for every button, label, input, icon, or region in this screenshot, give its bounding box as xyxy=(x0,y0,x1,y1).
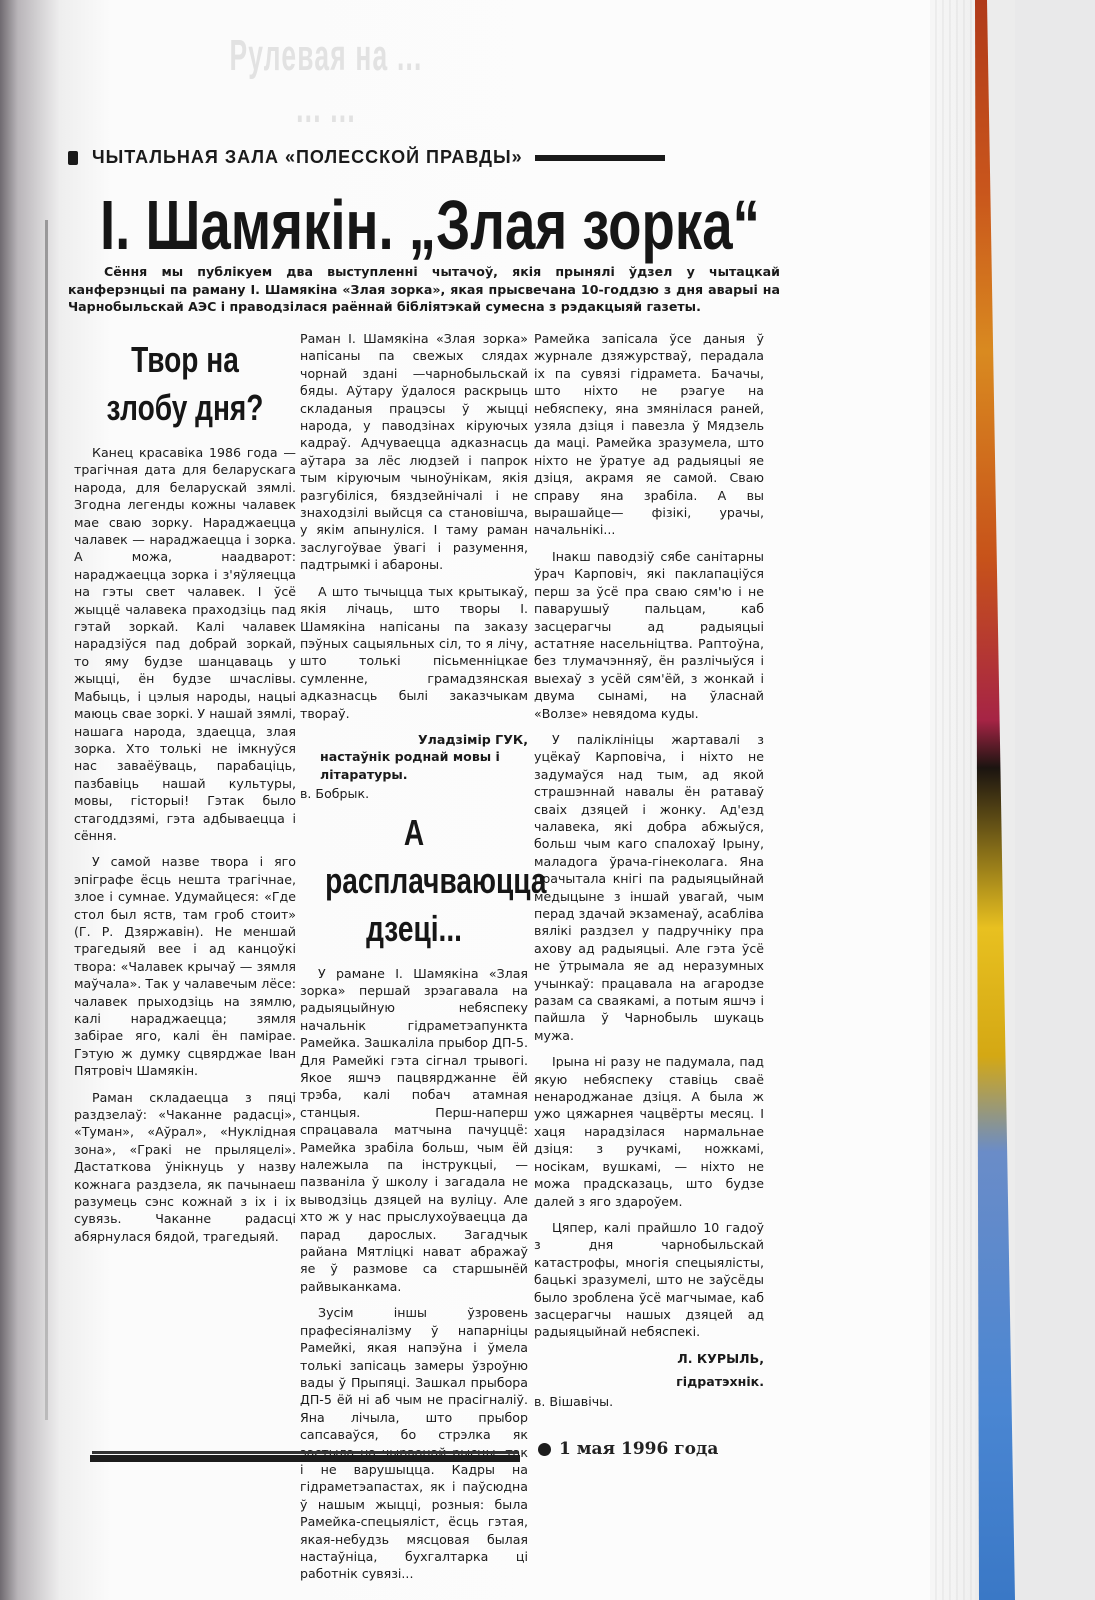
article1-paragraph: Канец красавіка 1986 года — трагічная да… xyxy=(74,444,296,844)
article2-author: Л. КУРЫЛЬ, xyxy=(534,1350,764,1367)
article1-title: Твор на злобу дня? xyxy=(98,336,271,432)
article2-paragraph: Ірына ні разу не падумала, пад якую небя… xyxy=(534,1053,764,1210)
article1-author: Уладзімір ГУК, xyxy=(300,731,528,748)
article2-author-role: гідратэхнік. xyxy=(534,1373,764,1390)
footer-rule xyxy=(90,1455,520,1462)
article2-paragraph: Цяпер, калі прайшло 10 гадоў з дня чарно… xyxy=(534,1219,764,1341)
article1-paragraph: Раман складаецца з пяці раздзелаў: «Чака… xyxy=(74,1089,296,1246)
article2-paragraph: Інакш паводзіў сябе санітарны ўрач Карпо… xyxy=(534,548,764,722)
bleed-through-text: Рулевая на ... ... ... xyxy=(170,30,482,134)
article2-paragraph: Рамейка запісала ўсе даныя ў журнале дзя… xyxy=(534,330,764,539)
article1-author-role: настаўнік роднай мовы і літаратуры. xyxy=(320,748,528,783)
issue-date: 1 мая 1996 года xyxy=(538,1439,718,1459)
column-1: Твор на злобу дня? Канец красавіка 1986 … xyxy=(74,330,296,1254)
column-3: Рамейка запісала ўсе даныя ў журнале дзя… xyxy=(534,330,764,1410)
column-2: Раман І. Шамякіна «Злая зорка» напісаны … xyxy=(300,330,528,1592)
rubric: ЧЫТАЛЬНАЯ ЗАЛА «ПОЛЕССКОЙ ПРАВДЫ» xyxy=(68,147,665,168)
round-bullet-icon xyxy=(538,1443,551,1456)
colorful-cover-edge xyxy=(975,0,1015,1600)
issue-date-text: 1 мая 1996 года xyxy=(559,1439,718,1459)
bleed-line-2: ... ... xyxy=(170,82,482,134)
article1-paragraph: А што тычыцца тых крытыкаў, якія лічаць,… xyxy=(300,583,528,722)
lead-paragraph: Сёння мы публікуем два выступленні чытач… xyxy=(68,263,780,316)
scanner-background xyxy=(1015,0,1095,1600)
article2-title: А расплачваюцца дзеці... xyxy=(325,809,503,953)
binding-shadow xyxy=(45,220,48,1420)
rubric-rule xyxy=(535,155,665,161)
scanned-page: Рулевая на ... ... ... ЧЫТАЛЬНАЯ ЗАЛА «П… xyxy=(0,0,975,1600)
article1-paragraph: Раман І. Шамякіна «Злая зорка» напісаны … xyxy=(300,330,528,574)
bleed-line-1: Рулевая на ... xyxy=(170,30,482,82)
headline: І. Шамякін. „Злая зорка“ xyxy=(100,185,760,265)
article2-paragraph: У паліклініцы жартавалі з уцёкаў Карпові… xyxy=(534,731,764,1044)
rubric-text: ЧЫТАЛЬНАЯ ЗАЛА «ПОЛЕССКОЙ ПРАВДЫ» xyxy=(92,147,523,168)
page-stack-edges xyxy=(930,0,975,1600)
article2-place: в. Вішавічы. xyxy=(534,1393,764,1410)
newspaper-clipping: ЧЫТАЛЬНАЯ ЗАЛА «ПОЛЕССКОЙ ПРАВДЫ» І. Шам… xyxy=(60,135,785,1500)
article1-paragraph: У самой назве твора і яго эпіграфе ёсць … xyxy=(74,853,296,1079)
article2-paragraph: Зусім іншы ўзровень прафесіяналізму ў на… xyxy=(300,1304,528,1583)
article2-paragraph: У рамане І. Шамякіна «Злая зорка» першай… xyxy=(300,965,528,1296)
article1-place: в. Бобрык. xyxy=(300,785,528,802)
square-bullet-icon xyxy=(68,151,78,165)
